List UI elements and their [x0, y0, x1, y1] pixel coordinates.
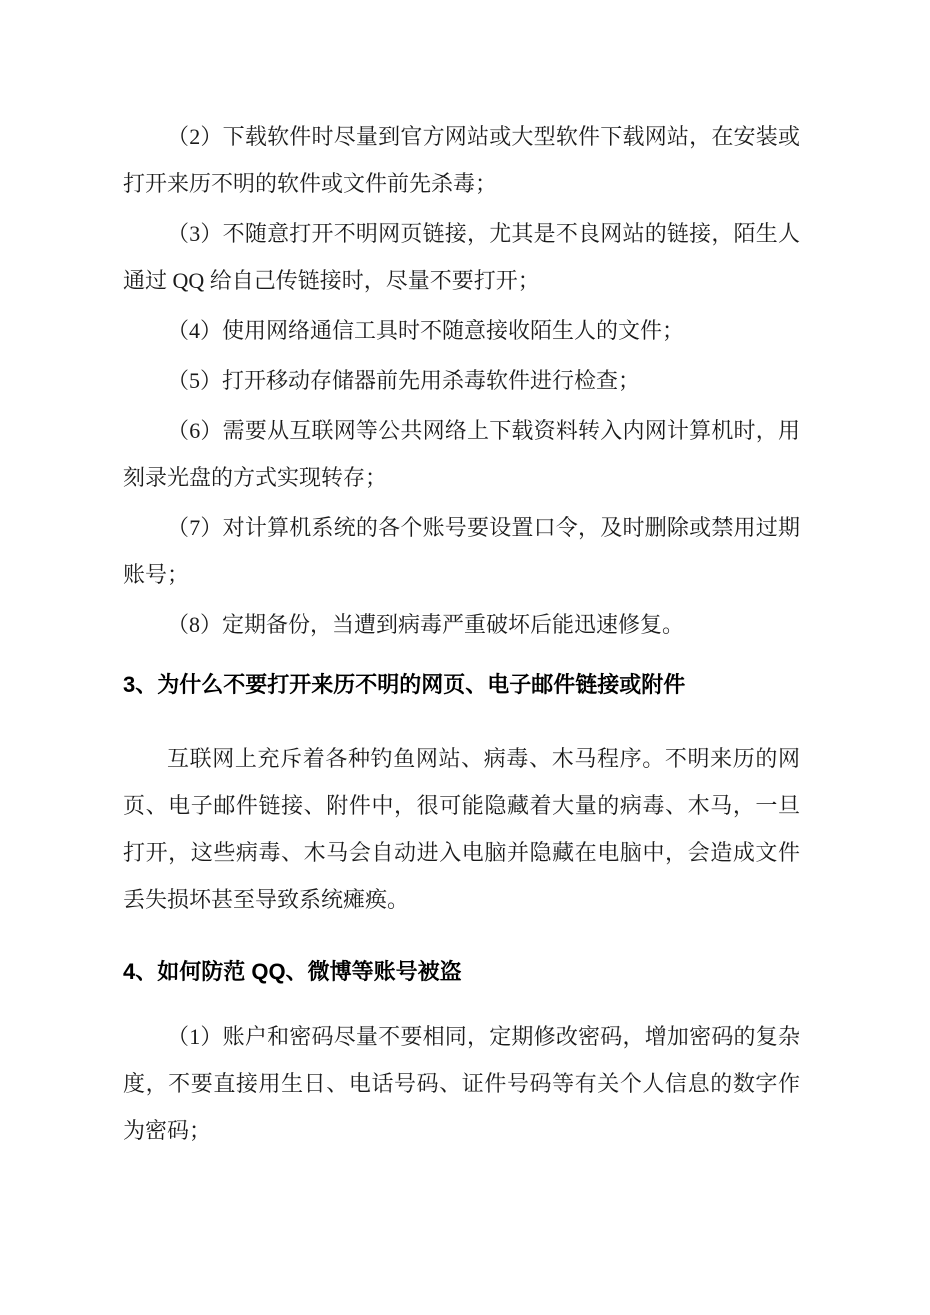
body-paragraph: （6）需要从互联网等公共网络上下载资料转入内网计算机时，用刻录光盘的方式实现转存… — [123, 407, 800, 501]
body-paragraph: （4）使用网络通信工具时不随意接收陌生人的文件； — [123, 307, 800, 354]
body-paragraph: （2）下载软件时尽量到官方网站或大型软件下载网站，在安装或打开来历不明的软件或文… — [123, 113, 800, 207]
document-text-block: （2）下载软件时尽量到官方网站或大型软件下载网站，在安装或打开来历不明的软件或文… — [123, 113, 800, 1157]
body-paragraph: （5）打开移动存储器前先用杀毒软件进行检查； — [123, 357, 800, 404]
body-paragraph: 互联网上充斥着各种钓鱼网站、病毒、木马程序。不明来历的网页、电子邮件链接、附件中… — [123, 735, 800, 923]
body-paragraph: （7）对计算机系统的各个账号要设置口令，及时删除或禁用过期账号； — [123, 504, 800, 598]
section-heading: 3、为什么不要打开来历不明的网页、电子邮件链接或附件 — [123, 670, 800, 700]
body-paragraph: （8）定期备份，当遭到病毒严重破坏后能迅速修复。 — [123, 601, 800, 648]
body-paragraph: （1）账户和密码尽量不要相同，定期修改密码，增加密码的复杂度，不要直接用生日、电… — [123, 1013, 800, 1154]
body-paragraph: （3）不随意打开不明网页链接，尤其是不良网站的链接，陌生人通过 QQ 给自己传链… — [123, 210, 800, 304]
section-heading: 4、如何防范 QQ、微博等账号被盗 — [123, 957, 800, 987]
document-page: （2）下载软件时尽量到官方网站或大型软件下载网站，在安装或打开来历不明的软件或文… — [0, 0, 930, 1315]
